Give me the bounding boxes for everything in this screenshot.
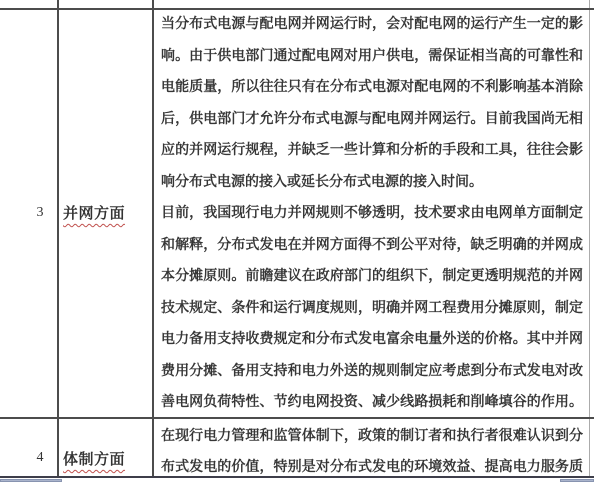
table-row3-number-cell: 3 [0,8,57,417]
table-row3-category-cell: 并网方面 [59,8,152,417]
table-border-row3-row4 [0,417,594,419]
text-line: 目前，我国现行电力并网规则不够透明，技术要求由电网单方面制定 [161,198,583,230]
category-label-spellcheck: 并网方面 [63,202,125,223]
text-line: 响。由于供电部门通过配电网对用户供电，需保证相当高的可靠性和 [161,41,583,73]
text-line: 电能质量，所以往往只有在分布式电源对配电网的不利影响基本消除 [161,72,583,104]
text-line: 在现行电力管理和监管体制下，政策的制订者和执行者很难认识到分 [161,421,583,452]
row-number: 4 [37,450,44,466]
table-border-col2-col3 [152,0,154,477]
text-line: 电力备用支持收费规定和分布式发电富余电量外送的价格。其中并网 [161,324,583,356]
text-line: 后，供电部门才允许分布式电源与配电网并网运行。目前我国尚无相 [161,104,583,136]
text-line: 和解释，分布式发电在并网方面得不到公平对待，缺乏明确的并网成 [161,230,583,262]
table-border-col1-col2 [57,0,59,477]
viewport-bottom-edge [0,476,594,478]
text-line: 本分摊原则。前瞻建议在政府部门的组织下，制定更透明规范的并网 [161,261,583,293]
text-line: 善电网负荷特性、节约电网投资、减少线路损耗和削峰填谷的作用。 [161,387,583,419]
table-row4-category-cell: 体制方面 [59,417,152,482]
text-line: 应的并网运行规程，并缺乏一些计算和分析的手段和工具，往往会影 [161,135,583,167]
table-border-row-top [0,8,594,10]
document-page: 3 并网方面 当分布式电源与配电网并网运行时，会对配电网的运行产生一定的影 响。… [0,0,594,482]
table-row3-content-cell: 当分布式电源与配电网并网运行时，会对配电网的运行产生一定的影 响。由于供电部门通… [154,8,590,417]
table-row4-content-cell: 在现行电力管理和监管体制下，政策的制订者和执行者很难认识到分 布式发电的价值，特… [154,417,590,482]
scrollbar-fragment-left[interactable] [0,479,62,482]
table-border-right-edge [589,0,590,477]
table-row4-number-cell: 4 [0,417,57,482]
category-label-spellcheck: 体制方面 [63,448,125,469]
text-line: 响分布式电源的接入或延长分布式电源的接入时间。 [161,167,583,199]
text-line: 当分布式电源与配电网并网运行时，会对配电网的运行产生一定的影 [161,9,583,41]
text-line: 费用分摊、备用支持和电力外送的规则制定应考虑到分布式发电对改 [161,356,583,388]
row-number: 3 [37,205,44,221]
text-line: 技术规定、条件和运行调度规则，明确并网工程费用分摊原则，制定 [161,293,583,325]
scrollbar-fragment-right[interactable] [560,479,594,482]
